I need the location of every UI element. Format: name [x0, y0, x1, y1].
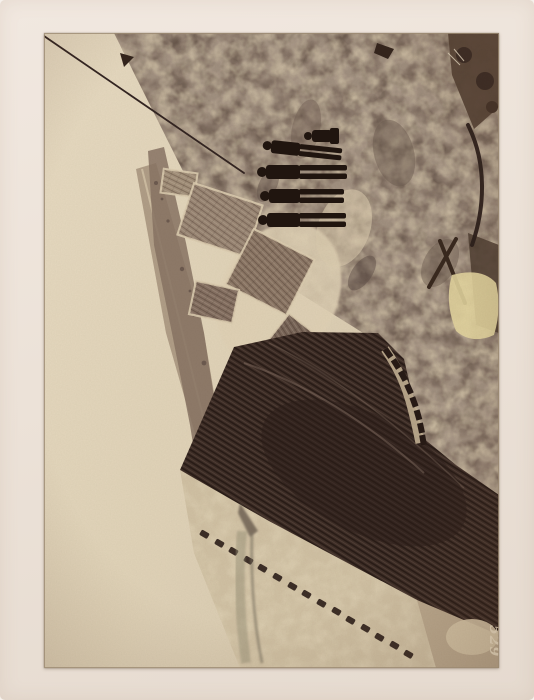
photo-mount-card: 529	[0, 0, 534, 700]
mounted-photograph: 529	[44, 33, 499, 668]
photograph-artwork: 529	[44, 33, 499, 668]
photo-vignette	[44, 33, 499, 668]
